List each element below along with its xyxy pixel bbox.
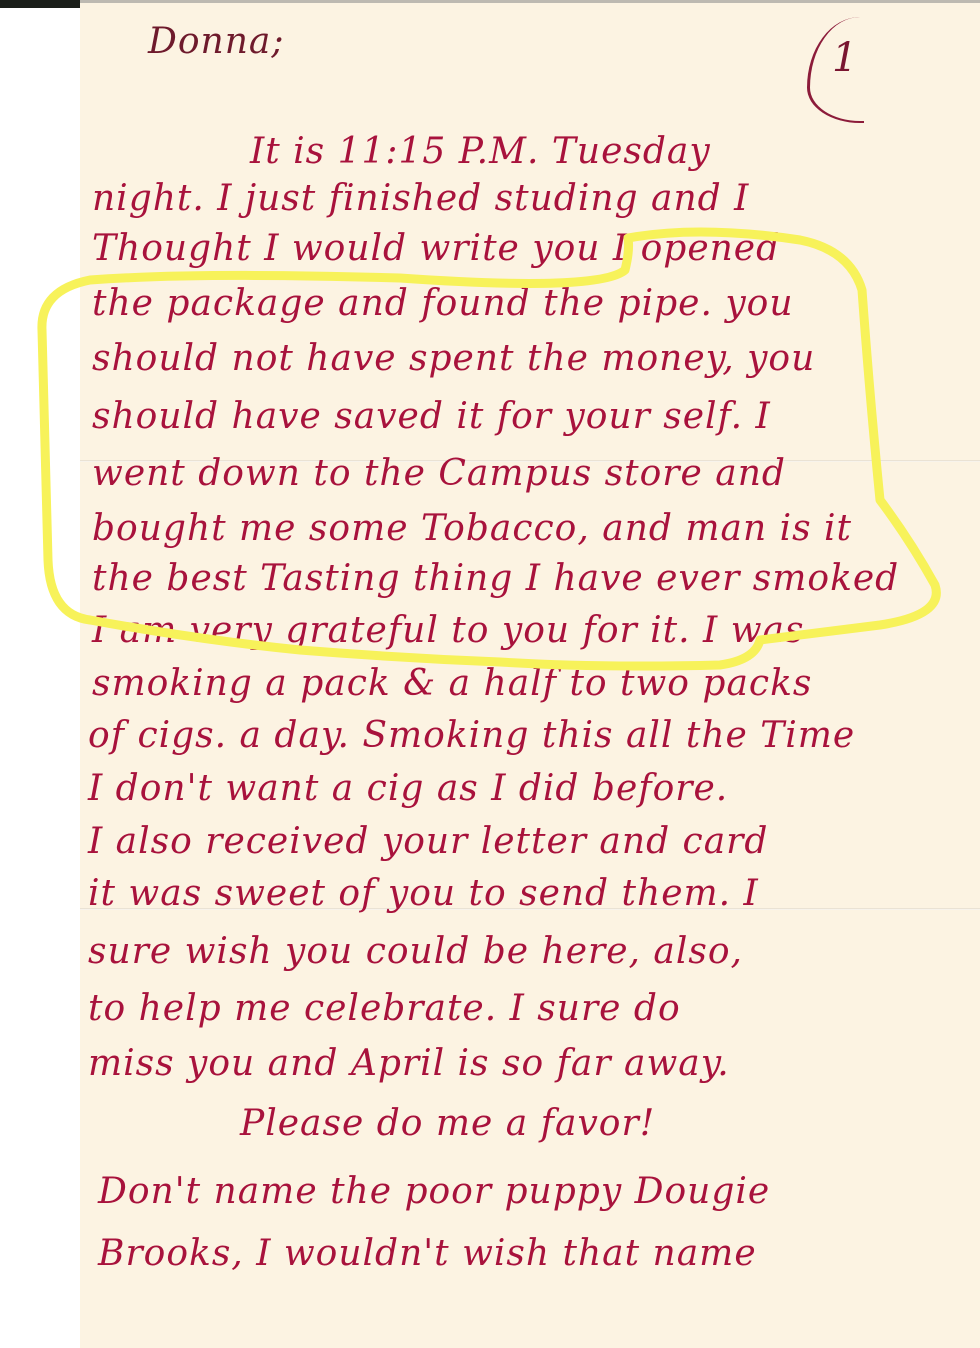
- page-number-mark: 1: [807, 17, 864, 123]
- letter-line: of cigs. a day. Smoking this all the Tim…: [88, 715, 855, 756]
- letter-line: it was sweet of you to send them. I: [88, 873, 759, 914]
- letter-line: sure wish you could be here, also,: [88, 931, 743, 972]
- letter-line: went down to the Campus store and: [92, 453, 786, 494]
- letter-line: I am very grateful to you for it. I was: [92, 610, 804, 651]
- letter-line: Brooks, I wouldn't wish that name: [98, 1233, 757, 1274]
- letter-line: should not have spent the money, you: [92, 338, 815, 379]
- letter-line: smoking a pack & a half to two packs: [92, 663, 812, 704]
- page-number: 1: [832, 35, 857, 81]
- letter-line: the package and found the pipe. you: [92, 283, 794, 324]
- letter-line: miss you and April is so far away.: [88, 1043, 730, 1084]
- letter-line: Thought I would write you I opened: [92, 228, 780, 269]
- letter-page: Donna; 1 It is 11:15 P.M. Tuesday night.…: [80, 3, 980, 1348]
- letter-line: night. I just finished studing and I: [92, 178, 749, 219]
- salutation: Donna;: [148, 21, 285, 62]
- letter-line: Don't name the poor puppy Dougie: [98, 1171, 770, 1212]
- letter-line: Please do me a favor!: [240, 1103, 655, 1144]
- letter-line: I don't want a cig as I did before.: [88, 768, 728, 809]
- letter-line: bought me some Tobacco, and man is it: [92, 508, 852, 549]
- letter-line: should have saved it for your self. I: [92, 396, 771, 437]
- letter-line: the best Tasting thing I have ever smoke…: [92, 558, 899, 599]
- letter-line: I also received your letter and card: [88, 821, 768, 862]
- letter-line: to help me celebrate. I sure do: [88, 988, 681, 1029]
- letter-line: It is 11:15 P.M. Tuesday: [250, 131, 711, 172]
- scan-edge-dark: [0, 0, 80, 8]
